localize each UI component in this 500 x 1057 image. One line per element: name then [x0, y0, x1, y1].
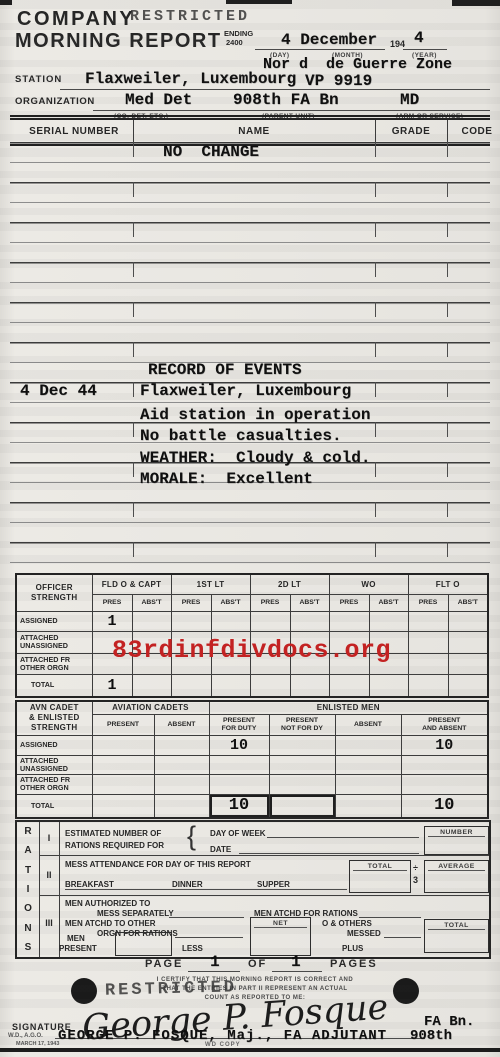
organization-parent-entry: 908th FA Bn [233, 91, 339, 109]
pages-number: 1 [291, 953, 301, 971]
rations-section: RATIONS I II III ESTIMATED NUMBER OF RAT… [15, 820, 491, 959]
present-not-for-duty-header: PRESENT NOT FOR DY [269, 714, 335, 735]
rations-estimated-label-1: ESTIMATED NUMBER OF [65, 829, 161, 838]
form-title-line2: MORNING REPORT [15, 30, 222, 53]
bottom-border-rule [0, 1048, 500, 1052]
roster-col-name: NAME [238, 126, 269, 137]
roster-col-grade: GRADE [392, 126, 431, 137]
column-divider [375, 120, 376, 144]
column-divider [447, 120, 448, 144]
abst-header: ABS'T [211, 594, 250, 611]
ending-2400-label: 2400 [226, 38, 243, 47]
orgn-for-rations-line [175, 926, 243, 938]
date-label: DATE [210, 845, 231, 854]
enlisted-assigned-pfd: 10 [209, 735, 269, 755]
rations-vertical-label: RATIONS [17, 822, 39, 957]
morning-report-document: COMPANY MORNING REPORT RESTRICTED ENDING… [0, 0, 500, 1057]
organization-unit-entry: Med Det [125, 91, 192, 109]
record-of-events-title: RECORD OF EVENTS [148, 361, 302, 379]
officer-row-attached-fr: ATTACHED FR OTHER ORGN [16, 653, 92, 674]
scan-edge-mark [226, 0, 292, 4]
roster-col-code: CODE [462, 126, 493, 137]
present-and-absent-header: PRESENT AND ABSENT [401, 714, 488, 735]
messed-label: MESSED [347, 929, 381, 938]
rations-roman-2: II [39, 870, 59, 880]
pages-label: PAGES [330, 958, 378, 970]
cadets-present-header: PRESENT [92, 714, 154, 735]
men-present-box [115, 932, 172, 956]
pres-header: PRES [408, 594, 448, 611]
form-date-fine-print: MARCH 17, 1943 [16, 1041, 59, 1047]
o-and-others-label: O & OTHERS [322, 919, 372, 928]
page-number: 1 [210, 953, 220, 971]
pres-header: PRES [329, 594, 369, 611]
rations-row-divider [39, 895, 489, 896]
date-entry: 4 December [281, 31, 377, 49]
column-divider [133, 120, 134, 144]
double-rule-top [10, 115, 490, 117]
events-line-3: No battle casualties. [140, 427, 342, 445]
form-title-line1: COMPANY [17, 8, 135, 31]
organization-label: ORGANIZATION [15, 96, 95, 107]
number-box: NUMBER [424, 826, 489, 855]
present-label: PRESENT [59, 944, 97, 953]
of-label: OF [248, 958, 267, 970]
men-atchd-rations-line [359, 906, 421, 918]
ruled-column-divider [133, 142, 134, 573]
enlisted-total-pa: 10 [401, 794, 488, 818]
pres-header: PRES [250, 594, 290, 611]
less-label: LESS [182, 944, 203, 953]
year-entry: 4 [414, 29, 424, 47]
enlisted-total-pfd: 10 [209, 794, 269, 818]
enlisted-men-group: ENLISTED MEN [209, 701, 488, 714]
station-entry: Flaxweiler, Luxembourg [85, 70, 296, 88]
present-for-duty-header: PRESENT FOR DUTY [209, 714, 269, 735]
ruled-entry-area [10, 142, 490, 573]
year-entry-line [403, 32, 447, 50]
plus-label: PLUS [342, 944, 363, 953]
enlisted-row-attached-unassigned: ATTACHED UNASSIGNED [16, 755, 92, 774]
enlisted-assigned-pa: 10 [401, 735, 488, 755]
officer-group-1stlt: 1ST LT [171, 574, 250, 594]
officer-row-attached-unassigned: ATTACHED UNASSIGNED [16, 631, 92, 653]
enlisted-corner-label: AVN CADET & ENLISTED STRENGTH [16, 701, 92, 735]
ruled-column-divider [447, 142, 448, 573]
archive-watermark: 83rdinfdivdocs.org [112, 636, 391, 665]
rations-roman-1: I [39, 833, 59, 843]
abst-header: ABS'T [132, 594, 171, 611]
officer-row-total: TOTAL [16, 674, 92, 697]
organization-arm-entry: MD [400, 91, 419, 109]
day-of-week-label: DAY OF WEEK [210, 829, 266, 838]
enlisted-row-assigned: ASSIGNED [16, 735, 92, 755]
mess-line [65, 878, 347, 890]
scan-edge-mark [0, 0, 12, 5]
rations-divider [59, 822, 60, 957]
punch-hole-right [393, 978, 419, 1004]
officer-corner-label: OFFICER STRENGTH [16, 574, 92, 611]
typed-unit-entry: 908th [410, 1028, 452, 1044]
men-authorized-label: MEN AUTHORIZED TO [65, 899, 150, 908]
mess-separately-line [169, 906, 244, 918]
officer-group-wo: WO [329, 574, 408, 594]
ending-label: ENDING [224, 29, 253, 38]
events-weather-line: WEATHER: Cloudy & cold. [140, 449, 370, 467]
men-label: MEN [67, 934, 85, 943]
officer-assigned-fldo-pres: 1 [92, 611, 132, 631]
restricted-stamp-bottom: RESTRICTED [105, 978, 237, 1000]
events-morale-line: MORALE: Excellent [140, 470, 313, 488]
total-box: TOTAL [349, 860, 411, 893]
divide-three: 3 [413, 875, 418, 885]
mess-attendance-label: MESS ATTENDANCE FOR DAY OF THIS REPORT [65, 860, 251, 869]
officer-row-assigned: ASSIGNED [16, 611, 92, 631]
officer-group-2dlt: 2D LT [250, 574, 329, 594]
rations-estimated-label-2: RATIONS REQUIRED FOR [65, 841, 164, 850]
cadets-absent-header: ABSENT [154, 714, 209, 735]
enlisted-row-attached-fr: ATTACHED FR OTHER ORGN [16, 774, 92, 794]
brace-glyph: { [187, 821, 196, 852]
roster-no-change-entry: NO CHANGE [163, 143, 259, 161]
roster-col-serial: SERIAL NUMBER [29, 126, 119, 137]
officer-total-fldo-pres: 1 [92, 674, 132, 697]
pres-header: PRES [92, 594, 132, 611]
officer-group-fldo: FLD O & CAPT [92, 574, 171, 594]
abst-header: ABS'T [448, 594, 488, 611]
messed-line [384, 926, 421, 938]
events-date-entry: 4 Dec 44 [20, 382, 97, 400]
events-line-2: Aid station in operation [140, 406, 370, 424]
net-box: NET [250, 917, 311, 956]
date-line [239, 842, 419, 854]
events-line-1: Flaxweiler, Luxembourg [140, 382, 351, 400]
scan-edge-mark [452, 0, 500, 6]
station-coordinates: VP 9919 [305, 72, 372, 90]
pres-header: PRES [171, 594, 211, 611]
station-label: STATION [15, 74, 62, 85]
page-label: PAGE [145, 958, 183, 970]
total-box-2: TOTAL [424, 919, 489, 953]
officer-group-flto: FLT O [408, 574, 488, 594]
restricted-stamp-top: RESTRICTED [130, 8, 250, 25]
form-id-fine-print: W.D., A.G.O. [8, 1033, 43, 1039]
rations-row-divider [39, 855, 489, 856]
day-of-week-line [267, 826, 419, 838]
divide-glyph: ÷ [413, 863, 418, 873]
punch-hole-left [71, 978, 97, 1004]
aviation-cadets-group: AVIATION CADETS [92, 701, 209, 714]
enlisted-row-total: TOTAL [16, 794, 92, 818]
average-box: AVERAGE [424, 860, 489, 893]
absent-header: ABSENT [335, 714, 401, 735]
mess-separately-label: MESS SEPARATELY [97, 909, 174, 918]
rations-roman-3: III [39, 918, 59, 928]
abst-header: ABS'T [369, 594, 408, 611]
enlisted-strength-table: AVN CADET & ENLISTED STRENGTH AVIATION C… [15, 700, 489, 819]
ruled-column-divider [375, 142, 376, 573]
abst-header: ABS'T [290, 594, 329, 611]
men-atchd-other-label: MEN ATCHD TO OTHER [65, 919, 156, 928]
